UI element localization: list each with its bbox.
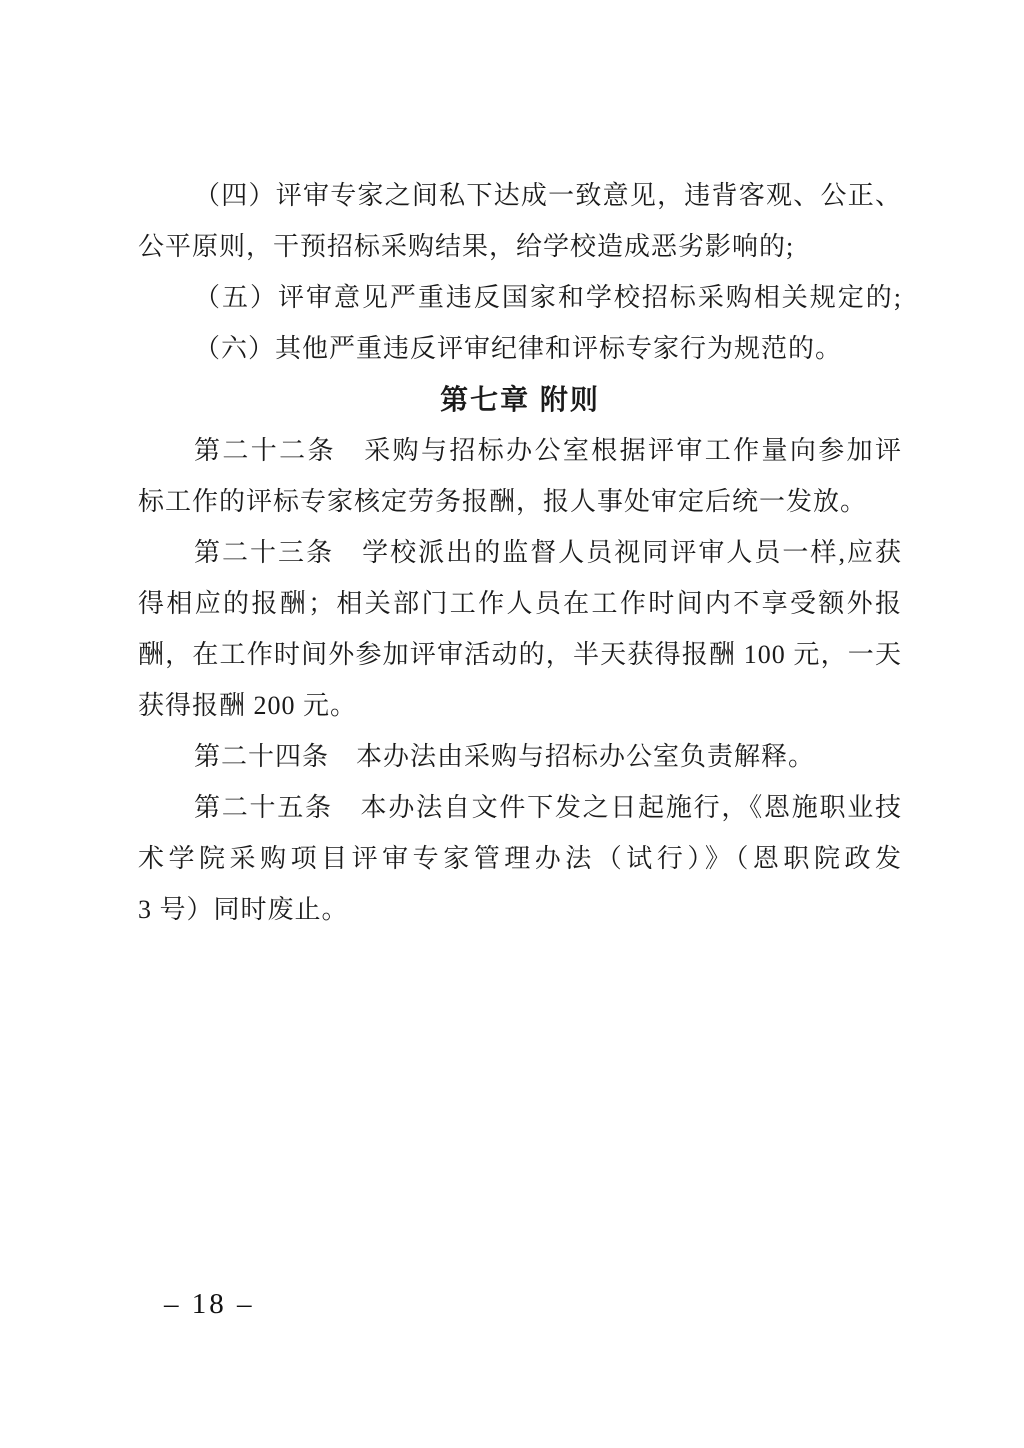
text-line: （四）评审专家之间私下达成一致意见，违背客观、公正、: [138, 170, 902, 221]
document-body: （四）评审专家之间私下达成一致意见，违背客观、公正、公平原则，干预招标采购结果，…: [138, 170, 902, 935]
document-page: （四）评审专家之间私下达成一致意见，违背客观、公正、公平原则，干预招标采购结果，…: [0, 0, 1024, 1448]
text-line: （五）评审意见严重违反国家和学校招标采购相关规定的;: [138, 272, 902, 323]
text-line: 第二十四条 本办法由采购与招标办公室负责解释。: [138, 731, 902, 782]
text-line: 3 号）同时废止。: [138, 884, 902, 935]
text-line: 获得报酬 200 元。: [138, 680, 902, 731]
text-line: 第二十二条 采购与招标办公室根据评审工作量向参加评: [138, 425, 902, 476]
text-line: 得相应的报酬；相关部门工作人员在工作时间内不享受额外报: [138, 578, 902, 629]
text-line: 第二十五条 本办法自文件下发之日起施行，《恩施职业技: [138, 782, 902, 833]
text-line: 标工作的评标专家核定劳务报酬，报人事处审定后统一发放。: [138, 476, 902, 527]
page-number: – 18 –: [164, 1288, 255, 1321]
text-line: 酬，在工作时间外参加评审活动的，半天获得报酬 100 元，一天: [138, 629, 902, 680]
chapter-heading: 第七章 附则: [138, 374, 902, 425]
text-line: 术学院采购项目评审专家管理办法（试行）》（恩职院政发〔2018〕: [138, 833, 902, 884]
text-line: （六）其他严重违反评审纪律和评标专家行为规范的。: [138, 323, 902, 374]
text-line: 第二十三条 学校派出的监督人员视同评审人员一样,应获: [138, 527, 902, 578]
text-line: 公平原则，干预招标采购结果，给学校造成恶劣影响的;: [138, 221, 902, 272]
